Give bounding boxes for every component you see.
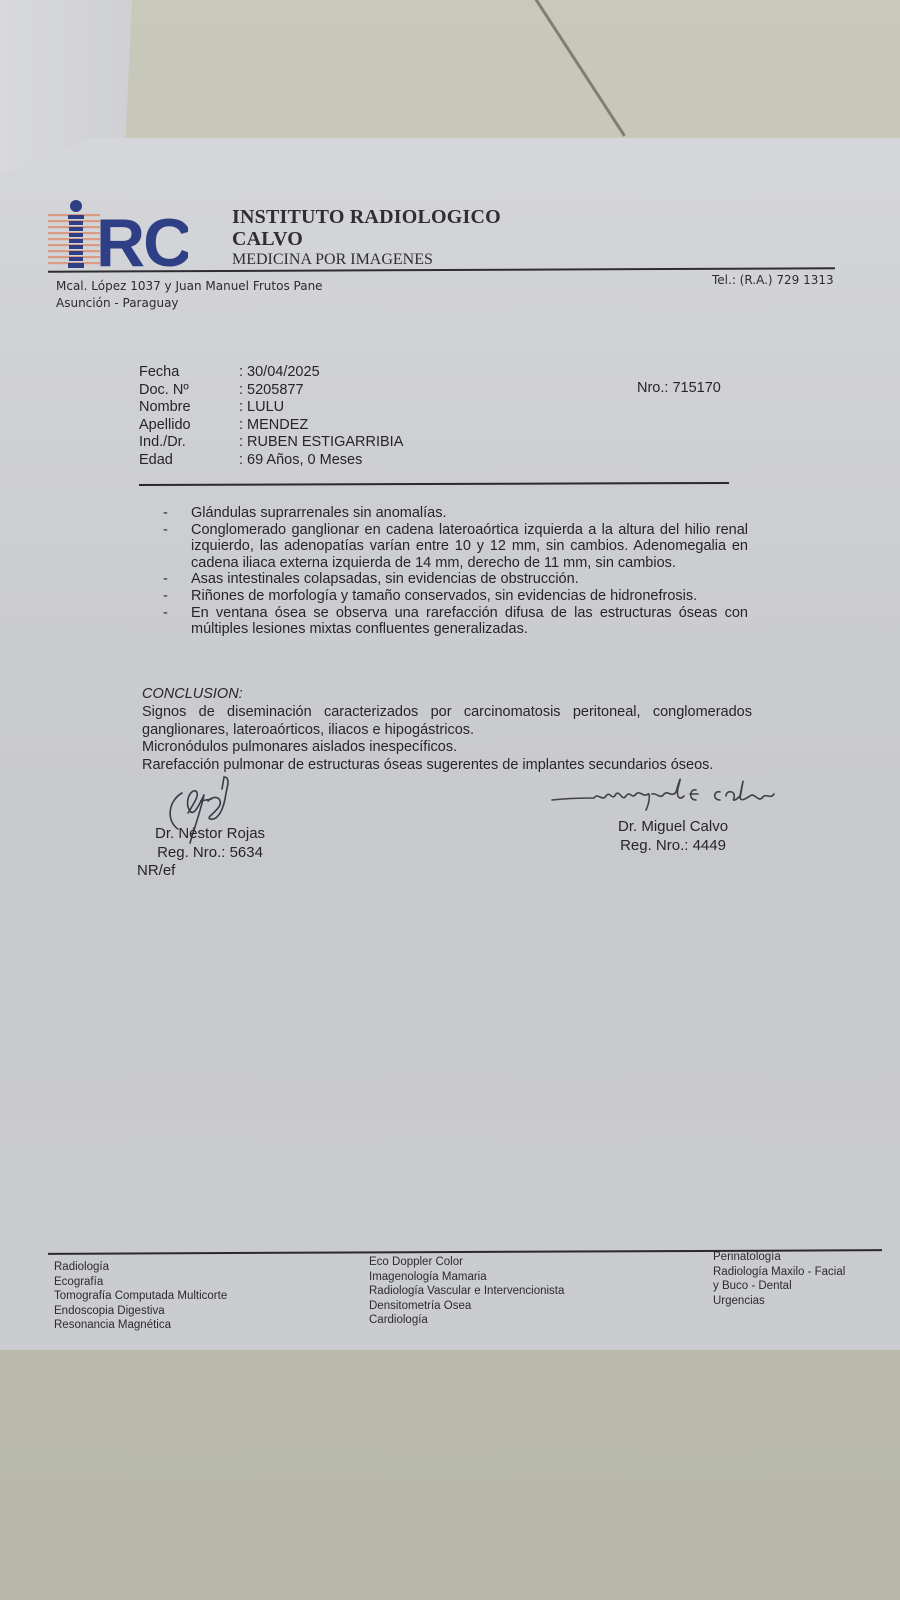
institute-address: Mcal. López 1037 y Juan Manuel Frutos Pa… <box>56 278 323 312</box>
field-value: : 5205877 <box>239 382 304 400</box>
address-line1: Mcal. López 1037 y Juan Manuel Frutos Pa… <box>56 278 323 295</box>
bullet: - <box>163 588 191 605</box>
findings-list: - Glándulas suprarrenales sin anomalías.… <box>163 505 748 638</box>
finding-item: - Riñones de morfología y tamaño conserv… <box>163 588 748 605</box>
finding-item: - Glándulas suprarrenales sin anomalías. <box>163 505 748 522</box>
institute-phone: Tel.: (R.A.) 729 1313 <box>712 273 834 287</box>
institute-name-line2: CALVO <box>232 228 501 250</box>
typist-initials: NR/ef <box>137 862 175 879</box>
field-label: Doc. Nº <box>139 382 239 400</box>
finding-item: - Conglomerado ganglionar en cadena late… <box>163 522 748 572</box>
finding-item: - En ventana ósea se observa una rarefac… <box>163 605 748 638</box>
finding-text: Riñones de morfología y tamaño conservad… <box>191 588 748 605</box>
conclusion-line: Signos de diseminación caracterizados po… <box>142 704 752 740</box>
service-item: Densitometría Osea <box>369 1299 564 1314</box>
signatory-registration: Reg. Nro.: 5634 <box>155 844 265 863</box>
footer-services-col3: Perinatología Radiología Maxilo - Facial… <box>713 1250 845 1308</box>
service-item: Radiología Maxilo - Facial <box>713 1265 845 1280</box>
field-label: Fecha <box>139 364 239 382</box>
service-item: Urgencias <box>713 1294 845 1309</box>
service-item: Perinatología <box>713 1250 845 1265</box>
signatory-name: Dr. Néstor Rojas <box>155 825 265 844</box>
signatory-name: Dr. Miguel Calvo <box>618 818 728 837</box>
svg-text:RC: RC <box>96 205 188 270</box>
bullet: - <box>163 505 191 522</box>
field-apellido: Apellido : MENDEZ <box>139 417 403 435</box>
address-line2: Asunción - Paraguay <box>56 295 323 312</box>
field-doc-number: Doc. Nº : 5205877 <box>139 382 403 400</box>
field-referring-doctor: Ind./Dr. : RUBEN ESTIGARRIBIA <box>139 434 403 452</box>
institute-name-line1: INSTITUTO RADIOLOGICO <box>232 206 501 228</box>
footer-services-col2: Eco Doppler Color Imagenología Mamaria R… <box>369 1255 564 1328</box>
finding-text: En ventana ósea se observa una rarefacci… <box>191 605 748 638</box>
field-label: Ind./Dr. <box>139 434 239 452</box>
report-number: Nro.: 715170 <box>637 380 721 396</box>
service-item: y Buco - Dental <box>713 1279 845 1294</box>
finding-item: - Asas intestinales colapsadas, sin evid… <box>163 571 748 588</box>
footer-services-col1: Radiología Ecografía Tomografía Computad… <box>54 1260 227 1333</box>
service-item: Ecografía <box>54 1275 227 1290</box>
service-item: Eco Doppler Color <box>369 1255 564 1270</box>
service-item: Radiología <box>54 1260 227 1275</box>
field-nombre: Nombre : LULU <box>139 399 403 417</box>
signatory-left: Dr. Néstor Rojas Reg. Nro.: 5634 <box>155 825 265 862</box>
field-value: : LULU <box>239 399 284 417</box>
finding-text: Conglomerado ganglionar en cadena latero… <box>191 522 748 572</box>
field-fecha: Fecha : 30/04/2025 <box>139 364 403 382</box>
patient-info: Fecha : 30/04/2025 Doc. Nº : 5205877 Nom… <box>139 364 403 470</box>
signatory-registration: Reg. Nro.: 4449 <box>618 837 728 856</box>
institute-name: INSTITUTO RADIOLOGICO CALVO <box>232 206 501 250</box>
signatory-right: Dr. Miguel Calvo Reg. Nro.: 4449 <box>618 818 728 855</box>
finding-text: Asas intestinales colapsadas, sin eviden… <box>191 571 748 588</box>
conclusion-line: Micronódulos pulmonares aislados inespec… <box>142 739 752 757</box>
field-label: Edad <box>139 452 239 470</box>
service-item: Endoscopia Digestiva <box>54 1304 227 1319</box>
bullet: - <box>163 522 191 572</box>
institute-subtitle: MEDICINA POR IMAGENES <box>232 251 433 269</box>
service-item: Tomografía Computada Multicorte <box>54 1289 227 1304</box>
service-item: Resonancia Magnética <box>54 1318 227 1333</box>
conclusion-section: CONCLUSION: Signos de diseminación carac… <box>142 686 752 775</box>
service-item: Radiología Vascular e Intervencionista <box>369 1284 564 1299</box>
service-item: Imagenología Mamaria <box>369 1270 564 1285</box>
service-item: Cardiología <box>369 1313 564 1328</box>
irc-logo-icon: RC <box>48 198 188 270</box>
conclusion-title: CONCLUSION: <box>142 686 752 704</box>
field-label: Nombre <box>139 399 239 417</box>
field-value: : MENDEZ <box>239 417 308 435</box>
field-value: : RUBEN ESTIGARRIBIA <box>239 434 403 452</box>
field-edad: Edad : 69 Años, 0 Meses <box>139 452 403 470</box>
bullet: - <box>163 605 191 638</box>
field-value: : 30/04/2025 <box>239 364 320 382</box>
finding-text: Glándulas suprarrenales sin anomalías. <box>191 505 748 522</box>
field-label: Apellido <box>139 417 239 435</box>
signature-calvo-icon <box>550 770 810 815</box>
bullet: - <box>163 571 191 588</box>
field-value: : 69 Años, 0 Meses <box>239 452 362 470</box>
